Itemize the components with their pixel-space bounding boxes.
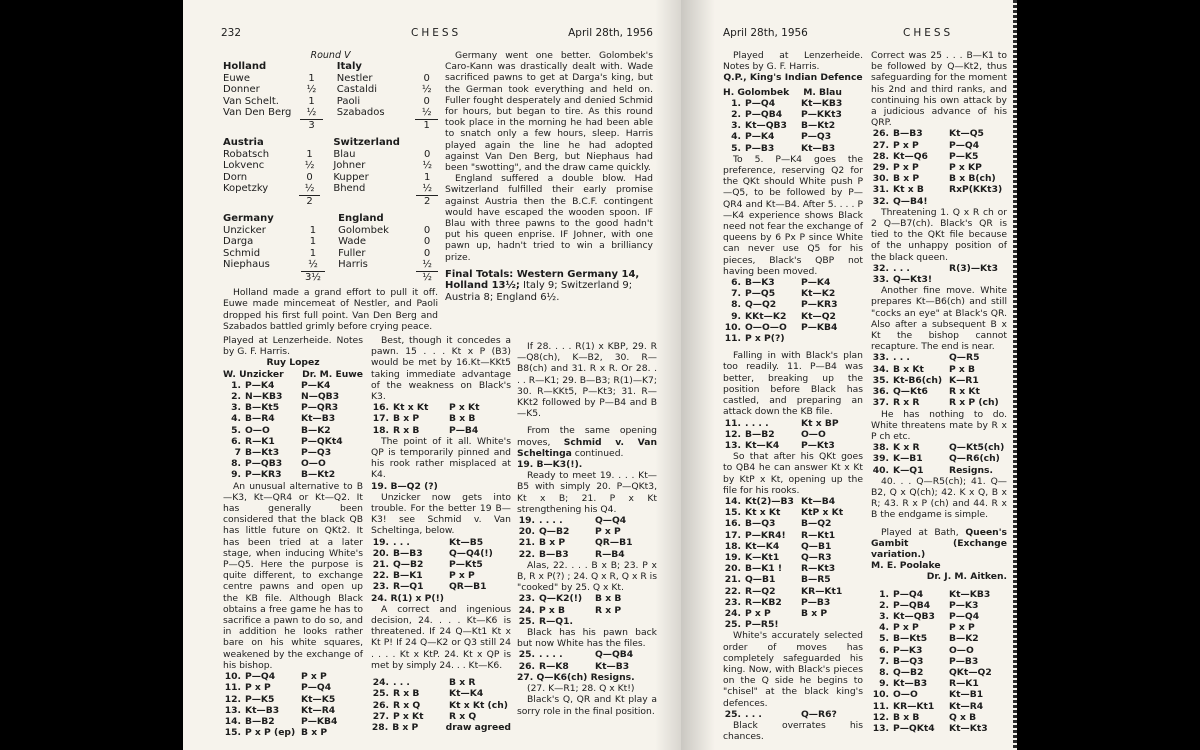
white-move: Q—K2(!) (539, 593, 595, 604)
black-move: B x B (595, 593, 657, 604)
black-move: P x P (595, 526, 657, 537)
move-number: 20. (517, 526, 539, 537)
black-move: R x P (595, 605, 657, 616)
opening-name: Ruy Lopez (223, 357, 363, 368)
move-number: 19. (723, 552, 745, 563)
team-a-name: Holland (223, 61, 300, 73)
move-number: 35. (871, 375, 893, 386)
white-move: Q—B2 (539, 526, 595, 537)
player-a: Niephaus (223, 259, 301, 271)
running-title: CHESS (903, 27, 953, 39)
move-number: 3. (871, 611, 893, 622)
board-row: Robatsch1Blau0 (223, 149, 438, 161)
black-move: B—Kt2 (801, 120, 863, 131)
page-number: 232 (221, 27, 241, 39)
black-move: R—Kt3 (801, 563, 863, 574)
move-number: 33. (871, 274, 893, 285)
black-move: Q—Q4 (595, 515, 657, 526)
players: H. Golombek M. Blau (723, 87, 863, 98)
move-number: 22. (371, 570, 393, 581)
move-number: 22. (723, 586, 745, 597)
annotation: (27. K—R1; 28. Q x Kt!) (517, 683, 657, 694)
score-a: ½ (299, 160, 321, 172)
move-row: 27.P x PP—Q4 (871, 140, 1007, 151)
black-move: O—O (949, 645, 1007, 656)
black-move: P—Q4 (949, 611, 1007, 622)
move-row: 14.B—B2P—KB4 (223, 716, 363, 727)
black-move: QR—B1 (449, 581, 511, 592)
report-paragraph-2: Germany went one better. Golombek's Caro… (445, 50, 653, 173)
move-row: 7B—Kt3P—Q3 (223, 447, 363, 458)
white-move: P x P (893, 162, 949, 173)
white-move: Kt—K4 (745, 541, 801, 552)
black-move: P—Q3 (801, 131, 863, 142)
move-number: 27. (371, 711, 393, 722)
move-row: 18.R x BP—B4 (371, 425, 511, 436)
board-row: Van Schelt.1Paoli0 (223, 96, 438, 108)
white-move: Q—B2 (393, 559, 449, 570)
black-move: Kt—R4 (301, 705, 363, 716)
move-row: 1.P—Q4Kt—KB3 (871, 589, 1007, 600)
spacer (325, 259, 338, 271)
white-move: K x R (893, 442, 949, 453)
round-results: Round V HollandItalyEuwe1Nestler0Donner½… (223, 50, 438, 332)
move-row: 13.Kt—B3Kt—R4 (223, 705, 363, 716)
annotation: To 5. P—K4 goes the preference, reservin… (723, 154, 863, 277)
move-number: 21. (517, 537, 539, 548)
game4-intro: Played at Bath, Queen's Gambit (Exchange… (871, 527, 1007, 561)
match-table: GermanyEnglandUnzicker1Golombek0Darga1Wa… (223, 213, 438, 283)
score-a: 1 (301, 248, 325, 260)
report-paragraph-1: Holland made a grand effort to pull it o… (223, 287, 438, 332)
white-move: P x Kt (393, 711, 449, 722)
move-row: 10.O—O—OP—KB4 (723, 322, 863, 333)
white-move: B x B (893, 712, 949, 723)
black-move: R(3)—Kt3 (949, 263, 1007, 274)
black-move: Kt—K2 (801, 288, 863, 299)
white-move: P—R5! (745, 619, 801, 630)
player-a: Van Schelt. (223, 96, 300, 108)
black-move: Q—QB4 (595, 649, 657, 660)
move-row: 5.P—B3Kt—B3 (723, 143, 863, 154)
move-number: 25. (723, 619, 745, 630)
white-move: Kt—B3 (893, 678, 949, 689)
score-b: 0 (415, 73, 438, 85)
move-number: 15. (223, 727, 245, 738)
spacer (325, 271, 338, 283)
black-move: Kt—B3 (301, 413, 363, 424)
move-row: 20.B—B3Q—Q4(!) (371, 548, 511, 559)
move-row: 16.Kt x KtP x Kt (371, 402, 511, 413)
black-move: P—KKt3 (801, 109, 863, 120)
match-tables: HollandItalyEuwe1Nestler0Donner½Castaldi… (223, 61, 438, 283)
black-move: O—O (801, 429, 863, 440)
move-list: 25.. . . .Q—QB426.R—K8Kt—B3 (517, 649, 657, 671)
white-move: R—K1 (245, 436, 301, 447)
move-number: 8. (223, 458, 245, 469)
move-number: 1. (723, 98, 745, 109)
move-number: 8. (723, 299, 745, 310)
white-move: Kt x Kt (745, 507, 801, 518)
move-row: 15.P x P (ep)B x P (223, 727, 363, 738)
white-move: Q—Kt3! (893, 274, 949, 285)
spacer (325, 248, 338, 260)
move-row: 22.R—Q2KR—Kt1 (723, 586, 863, 597)
annotation: Falling in with Black's plan too readily… (723, 350, 863, 417)
black-move: P—K4 (301, 380, 363, 391)
white-move: B—K1 (393, 570, 449, 581)
black-move: B—K2 (949, 633, 1007, 644)
move-number: 10. (223, 671, 245, 682)
annotation: A correct and ingenious decision, 24. . … (371, 604, 511, 671)
black-move: R x P (ch) (949, 397, 1007, 408)
move-number: 17. (371, 413, 393, 424)
move-row: 8.P—QB3O—O (223, 458, 363, 469)
move-number: 23. (517, 593, 539, 604)
total-b: ½ (416, 271, 438, 283)
spacer (323, 61, 337, 73)
move-row: 23.R—Q1QR—B1 (371, 581, 511, 592)
move-number: 11. (223, 682, 245, 693)
move-number: 29. (871, 162, 893, 173)
score-b: ½ (415, 107, 438, 119)
black-move: R—Kt1 (801, 530, 863, 541)
game-unzicker-euwe-col2: Best, though it concedes a pawn. 15 . . … (371, 335, 511, 733)
score-b: ½ (415, 84, 438, 96)
white-move: Q—B1 (745, 574, 801, 585)
board-row: Donner½Castaldi½ (223, 84, 438, 96)
move-number: 2. (723, 109, 745, 120)
move-number: 18. (371, 425, 393, 436)
move-number: 7. (723, 288, 745, 299)
white-move: Kt—Q6 (893, 151, 949, 162)
black-move: O—O (301, 458, 363, 469)
white-move: P—Q4 (893, 589, 949, 600)
black-move: Q—Q4(!) (449, 548, 511, 559)
annotation: The point of it all. White's QP is tempo… (371, 436, 511, 481)
player-b: Harris (338, 259, 416, 271)
player-b: Wade (338, 236, 416, 248)
move-number: 13. (723, 440, 745, 451)
move-row: 15.Kt x KtKtP x Kt (723, 507, 863, 518)
white-move: P—KR4! (745, 530, 801, 541)
board-row: Schmid1Fuller0 (223, 248, 438, 260)
move-number: 11. (723, 333, 745, 344)
black-move: RxP(KKt3) (949, 184, 1007, 195)
black-move: R x Kt (949, 386, 1007, 397)
board-row: Unzicker1Golombek0 (223, 225, 438, 237)
white-move: Q—B4! (893, 196, 949, 207)
gutter-shadow (655, 0, 681, 750)
black-move: P x KP (949, 162, 1007, 173)
black-move: R—K1 (949, 678, 1007, 689)
score-b: 0 (416, 149, 438, 161)
score-b: 0 (416, 225, 438, 237)
move-number: 26. (517, 661, 539, 672)
move-list: 24.. . .B x R25.R x BKt—K426.R x QKt x K… (371, 677, 511, 733)
spacer (415, 61, 438, 73)
black-move: P—K5 (949, 151, 1007, 162)
move-number: 2. (223, 391, 245, 402)
spacer (325, 236, 338, 248)
black-move: Q—R3 (801, 552, 863, 563)
move-number: 11. (871, 701, 893, 712)
board-row: Niephaus½Harris½ (223, 259, 438, 271)
black-move: QR—B1 (595, 537, 657, 548)
move-row: 9.P—KR3B—Kt2 (223, 469, 363, 480)
score-a: ½ (299, 183, 321, 195)
move-row: 11.. . . .Kt x BP (723, 418, 863, 429)
spacer (320, 172, 333, 184)
black-move: Q—B1 (801, 541, 863, 552)
score-b: 1 (416, 172, 438, 184)
move-number: 30. (871, 173, 893, 184)
black-move: P x B (949, 364, 1007, 375)
move-row: 19.K—Kt1Q—R3 (723, 552, 863, 563)
move-row: 25.. . .Q—R6? (723, 709, 863, 720)
black-move: Kt x BP (801, 418, 863, 429)
team-b-name: England (338, 213, 416, 225)
score-a: 0 (299, 172, 321, 184)
black-move (595, 616, 657, 627)
board-row: Euwe1Nestler0 (223, 73, 438, 85)
move-row: 22.B—K1P x P (371, 570, 511, 581)
white-move: B x P (393, 413, 449, 424)
white-move: B—B2 (745, 429, 801, 440)
black-move: N—QB3 (301, 391, 363, 402)
move-row: 20.B—K1 !R—Kt3 (723, 563, 863, 574)
move-row: 28.B x Pdraw agreed (371, 722, 511, 733)
team-b-name: Italy (337, 61, 416, 73)
move-row: 27.P x KtR x Q (371, 711, 511, 722)
annotation: An unusual alternative to B—K3, Kt—QR4 o… (223, 481, 363, 671)
move-number: 22. (517, 549, 539, 560)
annotation: He has nothing to do. White threatens ma… (871, 409, 1007, 443)
white-move: P x P (893, 140, 949, 151)
move-row: 17.P—KR4!R—Kt1 (723, 530, 863, 541)
final-totals: Final Totals: Western Germany 14, Hollan… (445, 269, 653, 304)
move-number: 12. (723, 429, 745, 440)
white-move: R—Q2 (745, 586, 801, 597)
move-number: 21. (371, 559, 393, 570)
player-b: Paoli (337, 96, 416, 108)
move-number: 1. (871, 589, 893, 600)
total-a: 3 (300, 119, 322, 131)
move-number: 24. (517, 605, 539, 616)
move-number: 15. (723, 507, 745, 518)
white-move: P x P (245, 682, 301, 693)
white-player: H. Golombek (723, 87, 789, 98)
move-row: 38.K x RQ—Kt5(ch) (871, 442, 1007, 453)
move-number: 12. (871, 712, 893, 723)
score-a: 1 (301, 236, 325, 248)
game-schmid-scheltinga: If 28. . . . R(1) x KBP, 29. R—Q8(ch), K… (517, 335, 657, 717)
black-move: Kt—Q2 (801, 311, 863, 322)
game-intro: Played at Lenzerheide. Notes by G. F. Ha… (223, 335, 363, 357)
move-row: 3.Kt—QB3B—Kt2 (723, 120, 863, 131)
move-row: 37.R x RR x P (ch) (871, 397, 1007, 408)
move-row: 7.P—Q5Kt—K2 (723, 288, 863, 299)
white-move: P x P (ep) (245, 727, 301, 738)
move-row: 3.B—Kt5P—QR3 (223, 402, 363, 413)
white-move: O—O (245, 425, 301, 436)
white-move: P—QKt4 (893, 723, 949, 734)
black-move: draw agreed (446, 722, 511, 733)
move-row: 28.Kt—Q6P—K5 (871, 151, 1007, 162)
white-move: P—QB3 (245, 458, 301, 469)
annotation: Threatening 1. Q x R ch or 2 Q—B7(ch). B… (871, 207, 1007, 263)
white-move: P—B3 (745, 143, 801, 154)
black-move: Q x B (949, 712, 1007, 723)
round-title: Round V (223, 50, 438, 61)
spacer (325, 213, 338, 225)
black-move: Kt—B4 (801, 496, 863, 507)
white-move: P—Q4 (745, 98, 801, 109)
issue-date: April 28th, 1956 (723, 27, 808, 39)
move-row: 1.P—K4P—K4 (223, 380, 363, 391)
black-move: P—B3 (801, 597, 863, 608)
black-move: P—B3 (949, 656, 1007, 667)
team-b-name: Switzerland (333, 137, 416, 149)
move-number: 6. (223, 436, 245, 447)
black-move: Kt—KB3 (949, 589, 1007, 600)
white-move: P—QB4 (745, 109, 801, 120)
white-player: W. Unzicker (223, 369, 284, 380)
move-row: 23.R—KB2P—B3 (723, 597, 863, 608)
annotation: 40. . . Q—R5(ch); 41. Q—B2, Q x Q(ch); 4… (871, 476, 1007, 521)
move-number: 6. (723, 277, 745, 288)
white-move: B—Kt5 (893, 633, 949, 644)
move-row: 33.. . .Q—R5 (871, 352, 1007, 363)
white-move: Q—Kt6 (893, 386, 949, 397)
score-b: ½ (416, 160, 438, 172)
annotation: Correct was 25 . . . B—K1 to be followed… (871, 50, 1007, 128)
white-move: . . . . (539, 515, 595, 526)
move-row: 6.B—K3P—K4 (723, 277, 863, 288)
white-move: P—Q5 (745, 288, 801, 299)
white-move: . . . (745, 709, 801, 720)
black-move: R x Q (449, 711, 511, 722)
move-number: 16. (723, 518, 745, 529)
white-move: K—Q1 (893, 465, 949, 476)
black-move: Kt—B5 (449, 537, 511, 548)
move-row: 4.P—K4P—Q3 (723, 131, 863, 142)
black-move: KtP x Kt (801, 507, 863, 518)
move-row: 8.Q—Q2P—KR3 (723, 299, 863, 310)
board-row: Van Den Berg½Szabados½ (223, 107, 438, 119)
move-row: 40.K—Q1Resigns. (871, 465, 1007, 476)
move-row: 20.Q—B2P x P (517, 526, 657, 537)
move-row: 11.P x P(?) (723, 333, 863, 344)
score-a: 1 (300, 96, 322, 108)
spacer (338, 271, 416, 283)
move-row: 6.P—K3O—O (871, 645, 1007, 656)
total-b: 2 (416, 195, 438, 207)
white-move: Kt x B (893, 184, 949, 195)
running-title: CHESS (411, 27, 461, 39)
move-row: 36.Q—Kt6R x Kt (871, 386, 1007, 397)
white-move: . . . . (745, 418, 801, 429)
final-move: 27. Q—K6(ch) Resigns. (517, 672, 657, 683)
white-move: N—KB3 (245, 391, 301, 402)
move-list: 1.P—Q4Kt—KB32.P—QB4P—KKt33.Kt—QB3B—Kt24.… (723, 98, 863, 154)
score-b: 0 (415, 96, 438, 108)
move-list: 26.B—B3Kt—Q527.P x PP—Q428.Kt—Q6P—K529.P… (871, 128, 1007, 206)
move-number: 8. (871, 667, 893, 678)
move-number: 26. (871, 128, 893, 139)
white-move: Kt(2)—B3 (745, 496, 801, 507)
white-move: P—K5 (245, 694, 301, 705)
white-move: P—K4 (745, 131, 801, 142)
black-move: B—K2 (301, 425, 363, 436)
move-number: 13. (223, 705, 245, 716)
total-a: 2 (299, 195, 321, 207)
move-list: 14.Kt(2)—B3Kt—B415.Kt x KtKtP x Kt16.B—Q… (723, 496, 863, 630)
left-page: 232 CHESS April 28th, 1956 Round V Holla… (183, 0, 681, 750)
move-row: 21.Q—B1B—R5 (723, 574, 863, 585)
move-row: 21.B x PQR—B1 (517, 537, 657, 548)
move-number: 7. (871, 656, 893, 667)
move-number: 32. (871, 263, 893, 274)
player-a: Robatsch (223, 149, 299, 161)
intro-text: Played at Bath, (881, 527, 965, 538)
black-move: P—KB4 (301, 716, 363, 727)
gutter-shadow (681, 0, 715, 750)
white-move: R x B (393, 425, 449, 436)
move-list: 19.. . .Kt—B520.B—B3Q—Q4(!)21.Q—B2P—Kt52… (371, 537, 511, 593)
annotation: Ready to meet 19. . . . Kt—B5 with simpl… (517, 470, 657, 515)
player-a: Lokvenc (223, 160, 299, 172)
spacer (320, 195, 333, 207)
player-a: Donner (223, 84, 300, 96)
white-move: . . . . (539, 649, 595, 660)
annotation: Alas, 22. . . . B x B; 23. P x B, R x P(… (517, 560, 657, 594)
move-number: 4. (871, 622, 893, 633)
player-b: Szabados (337, 107, 416, 119)
white-move: . . . (393, 537, 449, 548)
move-row: 23.Q—K2(!)B x B (517, 593, 657, 604)
black-move: P—K4 (801, 277, 863, 288)
spacer (323, 96, 337, 108)
white-move: B—B3 (393, 548, 449, 559)
white-move: Kt—QB3 (893, 611, 949, 622)
white-move: P x B (539, 605, 595, 616)
white-move: B—K3 (745, 277, 801, 288)
move-list: 23.Q—K2(!)B x B24.P x BR x P25.R—Q1. (517, 593, 657, 627)
move-row: 13.Kt—K4P—Kt3 (723, 440, 863, 451)
move-number: 17. (723, 530, 745, 541)
white-move: B x P (392, 722, 445, 733)
score-a: ½ (300, 107, 322, 119)
move-row: 19.. . .Kt—B5 (371, 537, 511, 548)
move-row: 26.B—B3Kt—Q5 (871, 128, 1007, 139)
move-number: 23. (371, 581, 393, 592)
round-report: Germany went one better. Golombek's Caro… (445, 50, 653, 303)
annotation: Unzicker now gets into trouble. For the … (371, 492, 511, 537)
game-intro: Played at Lenzerheide. Notes by G. F. Ha… (723, 50, 863, 72)
spacer (323, 107, 337, 119)
white-move: B—K1 ! (745, 563, 801, 574)
move-number: 10. (871, 689, 893, 700)
move-19: 19. B—K3(!). (517, 459, 657, 470)
move-number: 24. (723, 608, 745, 619)
move-row: 2.P—QB4P—KKt3 (723, 109, 863, 120)
move-list: 33.. . .Q—R534.B x KtP x B35.Kt-B6(ch)K—… (871, 352, 1007, 408)
move-list: 19.. . . .Q—Q420.Q—B2P x P21.B x PQR—B12… (517, 515, 657, 560)
move-number: 12. (223, 694, 245, 705)
white-move: B x P (539, 537, 595, 548)
match-table: AustriaSwitzerlandRobatsch1Blau0Lokvenc½… (223, 137, 438, 207)
